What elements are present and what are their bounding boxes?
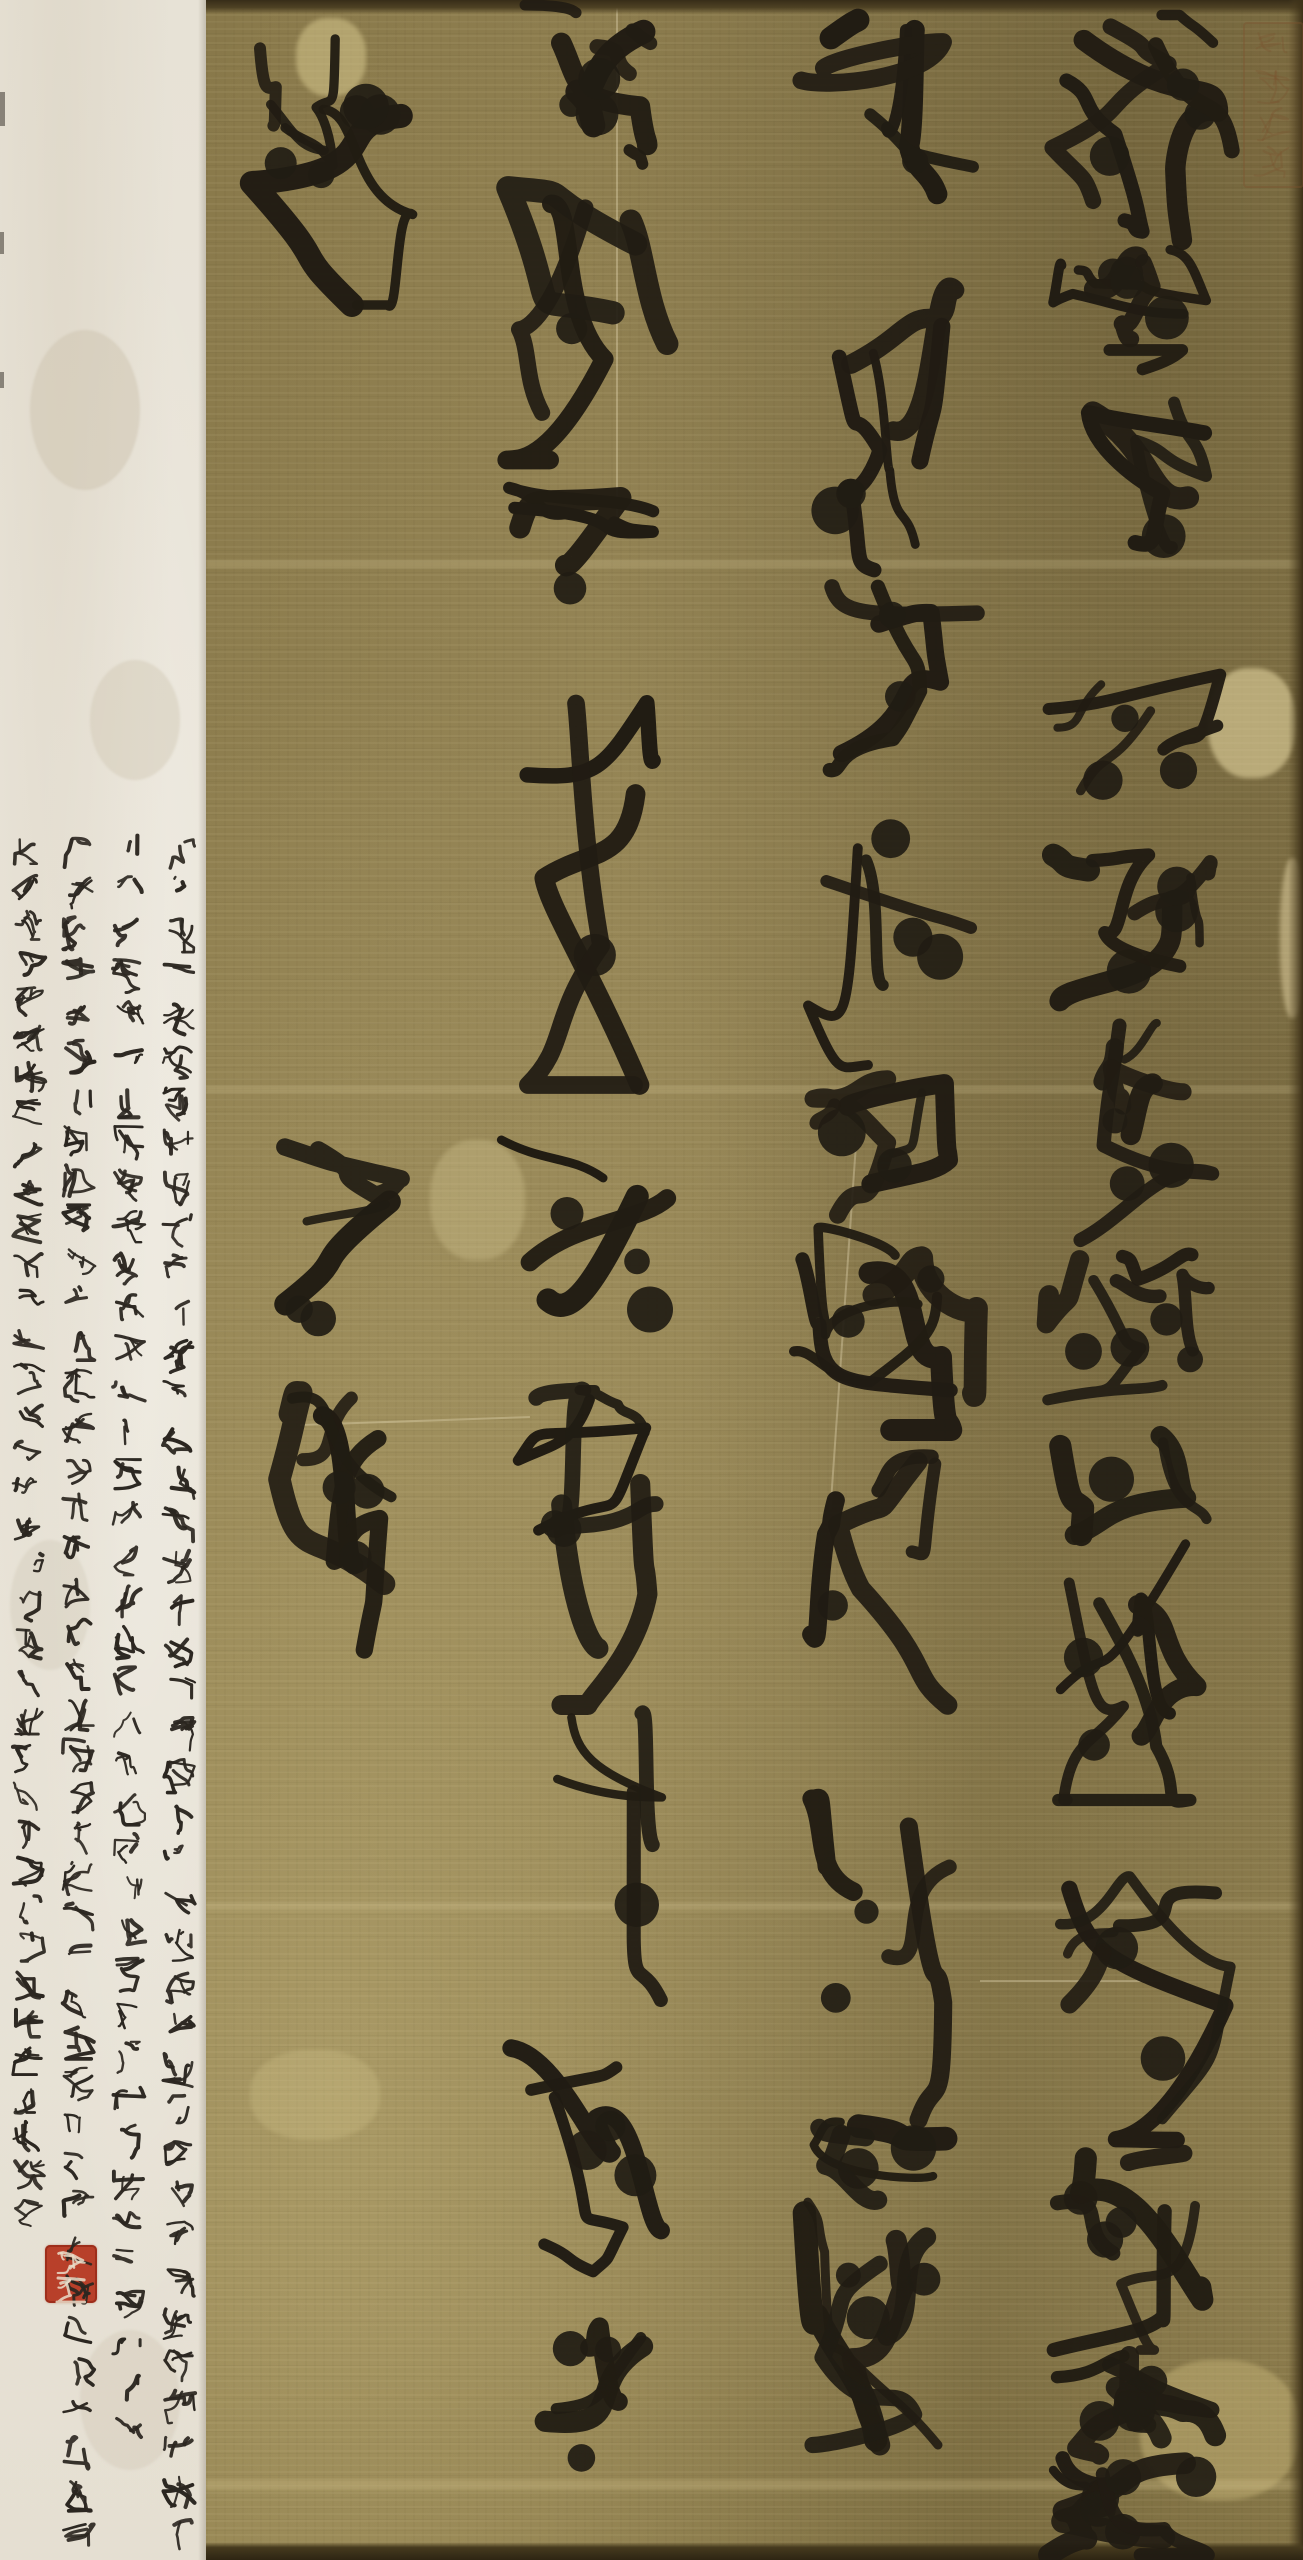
stain-patch	[430, 1140, 525, 1260]
silk-weave-texture	[206, 0, 1303, 2560]
paper-stain	[90, 660, 180, 780]
roll-crease-band	[206, 2480, 1303, 2490]
roll-crease-band	[206, 1086, 1303, 1093]
edge-mark	[0, 232, 4, 254]
paper-strip-edge-shadow	[198, 0, 206, 2560]
red-seal	[45, 2245, 97, 2303]
roll-crease-band	[206, 1902, 1303, 1910]
roll-crease-band	[206, 560, 1303, 568]
bottom-mount-edge	[206, 2542, 1303, 2560]
paper-stain	[80, 2330, 180, 2470]
stain-patch	[296, 18, 366, 96]
stain-patch	[250, 2050, 380, 2140]
stain-patch	[1208, 668, 1296, 778]
calligraphy-scroll-photo: Hanging scroll: wild-cursive Chinese cal…	[0, 0, 1303, 2560]
edge-mark	[0, 372, 4, 388]
right-mount-edge	[1288, 0, 1303, 2560]
top-mount-edge	[206, 0, 1303, 14]
edge-mark	[0, 92, 5, 126]
paper-stain	[30, 330, 140, 490]
crease-line	[980, 1980, 1160, 1982]
crease-line	[616, 0, 618, 520]
faint-collector-seal	[1243, 22, 1303, 188]
stain-patch	[1140, 2360, 1300, 2500]
paper-stain	[10, 1540, 90, 1670]
